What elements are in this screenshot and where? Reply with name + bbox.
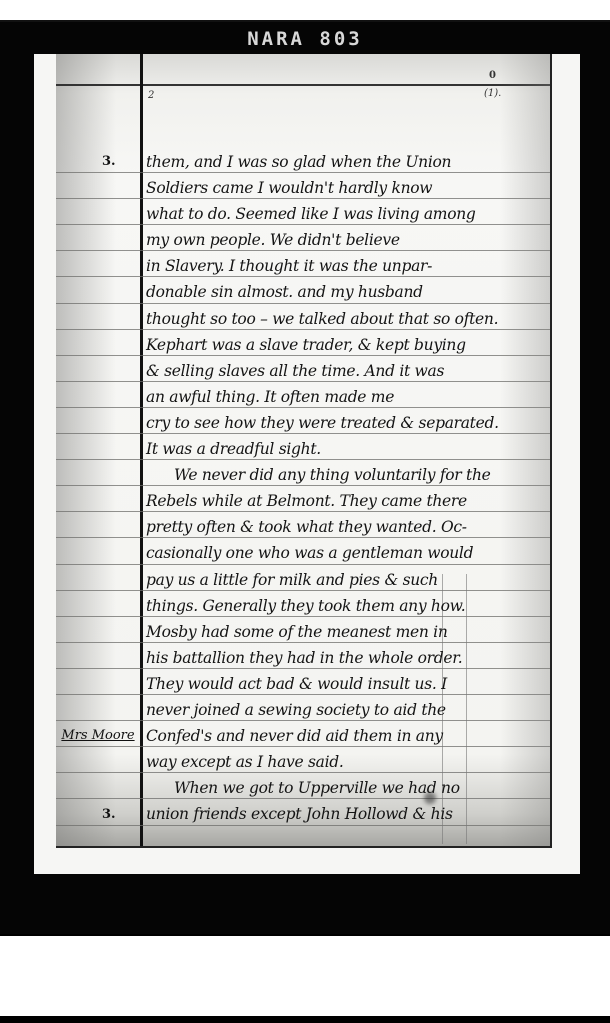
text-line: an awful thing. It often made me (146, 385, 546, 411)
text-line: my own people. We didn't believe (146, 228, 546, 254)
text-line: his battallion they had in the whole ord… (146, 646, 546, 672)
text-line: donable sin almost. and my husband (146, 280, 546, 306)
header-rule (56, 84, 550, 86)
text-line: union friends except John Hollowd & his (146, 802, 546, 828)
margin-number: 3. (102, 154, 116, 169)
margin-name: Mrs Moore (58, 728, 138, 743)
corner-mark-right: (1). (484, 88, 501, 99)
frame-label: NARA 803 (0, 28, 610, 50)
text-line: in Slavery. I thought it was the unpar- (146, 254, 546, 280)
text-line: They would act bad & would insult us. I (146, 672, 546, 698)
corner-mark-left: 2 (148, 90, 154, 101)
text-line: & selling slaves all the time. And it wa… (146, 359, 546, 385)
text-line: pretty often & took what they wanted. Oc… (146, 515, 546, 541)
text-line: Confed's and never did aid them in any (146, 724, 546, 750)
text-line: We never did any thing voluntarily for t… (146, 463, 546, 489)
bottom-black-edge (0, 1016, 610, 1023)
text-line: what to do. Seemed like I was living amo… (146, 202, 546, 228)
text-line: When we got to Upperville we had no (146, 776, 546, 802)
bottom-white-strip (0, 936, 610, 1016)
corner-mark-right-top: 0 (489, 70, 496, 81)
margin-number: 3. (102, 807, 116, 822)
text-line: cry to see how they were treated & separ… (146, 411, 546, 437)
text-line: Mosby had some of the meanest men in (146, 620, 546, 646)
top-white-strip (0, 0, 610, 22)
text-line: way except as I have said. (146, 750, 546, 776)
text-line: them, and I was so glad when the Union (146, 150, 546, 176)
text-line: Kephart was a slave trader, & kept buyin… (146, 333, 546, 359)
text-line: Rebels while at Belmont. They came there (146, 489, 546, 515)
ink-blot (424, 792, 436, 804)
text-line: never joined a sewing society to aid the (146, 698, 546, 724)
text-line: pay us a little for milk and pies & such (146, 568, 546, 594)
text-line: It was a dreadful sight. (146, 437, 546, 463)
text-line: Soldiers came I wouldn't hardly know (146, 176, 546, 202)
document-page: 2 0 (1). 3.Mrs Moore3. them, and I was s… (56, 54, 552, 848)
text-line: thought so too – we talked about that so… (146, 307, 546, 333)
handwritten-text: them, and I was so glad when the UnionSo… (146, 150, 546, 828)
text-line: casionally one who was a gentleman would (146, 541, 546, 567)
text-line: things. Generally they took them any how… (146, 594, 546, 620)
